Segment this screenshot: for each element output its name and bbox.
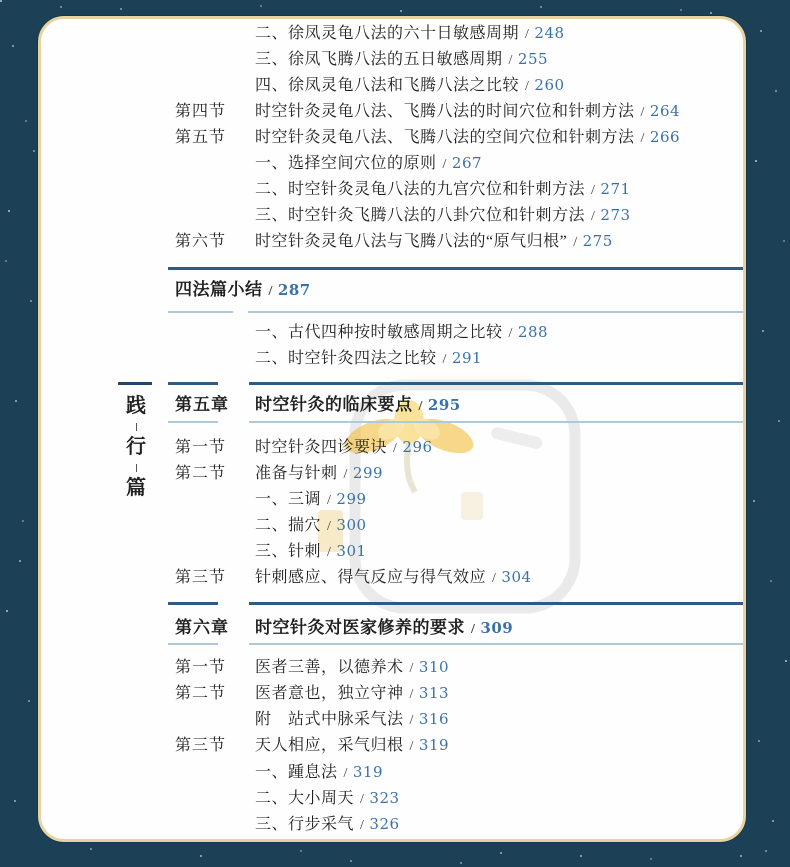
toc-row: 第二节医者意也，独立守神/313: [175, 680, 449, 706]
page-number: 275: [583, 232, 613, 250]
page-number: 316: [419, 710, 449, 728]
entry-title: 三、徐凤飞腾八法的五日敏感周期: [255, 51, 503, 68]
page-number: 313: [419, 684, 449, 702]
slash-separator: /: [443, 352, 447, 367]
toc-row: 第五节时空针灸灵龟八法、飞腾八法的空间穴位和针刺方法/266: [175, 124, 680, 150]
toc-row: 二、大小周天/323: [175, 785, 400, 811]
book-page: 践 行 篇 二、徐凤灵龟八法的六十日敏感周期/248 三、徐凤飞腾八法的五日敏感…: [38, 16, 746, 842]
toc-row: 四、徐凤灵龟八法和飞腾八法之比较/260: [175, 72, 565, 98]
page-number: 260: [534, 76, 564, 94]
entry-title: 二、时空针灸四法之比较: [255, 350, 437, 367]
spine-dash: [136, 464, 137, 472]
page-number: 266: [650, 128, 680, 146]
page-number: 267: [452, 154, 482, 172]
chapter-label: 第五章: [175, 392, 255, 418]
part-title-vertical: 践 行 篇: [123, 395, 149, 500]
toc-row: 第六节时空针灸灵龟八法与飞腾八法的“原气归根”/275: [175, 228, 613, 254]
section-label: 第三节: [175, 565, 255, 591]
divider: [118, 382, 152, 385]
section-label: 第二节: [175, 461, 255, 487]
watermark-smudge: [461, 492, 483, 520]
toc-row: 三、时空针灸飞腾八法的八卦穴位和针刺方法/273: [175, 202, 631, 228]
page-number: 310: [419, 658, 449, 676]
divider: [168, 267, 743, 270]
slash-separator: /: [393, 441, 397, 456]
entry-title: 医者三善，以德养术: [255, 659, 404, 676]
slash-separator: /: [344, 467, 348, 482]
entry-title: 附 站式中脉采气法: [255, 711, 404, 728]
slash-separator: /: [419, 399, 423, 414]
toc-row: 附 站式中脉采气法/316: [175, 706, 449, 732]
slash-separator: /: [327, 545, 331, 560]
toc-row-chapter: 第六章时空针灸对医家修养的要求/309: [175, 615, 513, 641]
toc-row: 一、三调/299: [175, 486, 367, 512]
slash-separator: /: [525, 79, 529, 94]
starry-background: [0, 0, 2, 2]
divider: [168, 643, 218, 645]
spine-dash: [136, 423, 137, 431]
section-label: 第三节: [175, 733, 255, 759]
chapter-label: 第六章: [175, 615, 255, 641]
page-number: 319: [419, 736, 449, 754]
slash-separator: /: [573, 235, 577, 250]
entry-title: 四、徐凤灵龟八法和飞腾八法之比较: [255, 77, 519, 94]
page-number: 296: [402, 438, 432, 456]
slash-separator: /: [410, 713, 414, 728]
entry-title: 一、古代四种按时敏感周期之比较: [255, 324, 503, 341]
part-title-char: 行: [123, 436, 149, 459]
entry-title: 三、行步采气: [255, 816, 354, 833]
slash-separator: /: [471, 622, 475, 637]
entry-title: 二、大小周天: [255, 790, 354, 807]
page-content: 践 行 篇 二、徐凤灵龟八法的六十日敏感周期/248 三、徐凤飞腾八法的五日敏感…: [41, 19, 743, 839]
page-number: 264: [650, 102, 680, 120]
watermark-smudge: [490, 426, 543, 450]
entry-title: 二、徐凤灵龟八法的六十日敏感周期: [255, 25, 519, 42]
entry-title: 针刺感应、得气反应与得气效应: [255, 569, 486, 586]
slash-separator: /: [443, 157, 447, 172]
part-title-char: 篇: [123, 477, 149, 500]
slash-separator: /: [641, 105, 645, 120]
entry-title: 时空针灸灵龟八法、飞腾八法的空间穴位和针刺方法: [255, 129, 635, 146]
slash-separator: /: [327, 493, 331, 508]
entry-title: 二、揣穴: [255, 517, 321, 534]
slash-separator: /: [492, 571, 496, 586]
page-number: 304: [501, 568, 531, 586]
section-label: 第四节: [175, 99, 255, 125]
toc-row: 三、行步采气/326: [175, 811, 400, 837]
slash-separator: /: [269, 284, 273, 299]
section-label: 第六节: [175, 229, 255, 255]
page-number: 287: [278, 281, 311, 299]
toc-row: 二、时空针灸灵龟八法的九宫穴位和针刺方法/271: [175, 176, 631, 202]
page-number: 295: [428, 396, 461, 414]
toc-row: 第三节针刺感应、得气反应与得气效应/304: [175, 564, 532, 590]
toc-row: 二、徐凤灵龟八法的六十日敏感周期/248: [175, 20, 565, 46]
page-number: 273: [600, 206, 630, 224]
toc-row: 第四节时空针灸灵龟八法、飞腾八法的时间穴位和针刺方法/264: [175, 98, 680, 124]
part-title-char: 践: [123, 395, 149, 418]
section-label: 第五节: [175, 125, 255, 151]
page-number: 300: [336, 516, 366, 534]
toc-row: 第二节准备与针刺/299: [175, 460, 383, 486]
slash-separator: /: [360, 792, 364, 807]
page-number: 299: [353, 464, 383, 482]
entry-title: 一、踵息法: [255, 764, 338, 781]
entry-title: 时空针灸四诊要诀: [255, 439, 387, 456]
section-label: 第二节: [175, 681, 255, 707]
toc-row: 二、时空针灸四法之比较/291: [175, 345, 482, 371]
divider: [168, 382, 218, 385]
slash-separator: /: [525, 27, 529, 42]
section-label: 第一节: [175, 435, 255, 461]
slash-separator: /: [641, 131, 645, 146]
slash-separator: /: [344, 766, 348, 781]
page-number: 323: [369, 789, 399, 807]
page-number: 319: [353, 763, 383, 781]
toc-row-chapter: 第五章时空针灸的临床要点/295: [175, 392, 461, 418]
page-number: 326: [369, 815, 399, 833]
divider: [168, 311, 233, 313]
entry-title: 三、时空针灸飞腾八法的八卦穴位和针刺方法: [255, 207, 585, 224]
toc-row: 二、揣穴/300: [175, 512, 367, 538]
toc-row: 一、选择空间穴位的原则/267: [175, 150, 482, 176]
page-number: 288: [518, 323, 548, 341]
toc-row: 三、针刺/301: [175, 538, 367, 564]
page-number: 309: [480, 619, 513, 637]
toc-row: 第一节时空针灸四诊要诀/296: [175, 434, 433, 460]
slash-separator: /: [591, 209, 595, 224]
page-number: 248: [534, 24, 564, 42]
divider: [249, 643, 743, 645]
divider: [248, 311, 743, 313]
entry-title: 一、选择空间穴位的原则: [255, 155, 437, 172]
divider: [168, 421, 218, 423]
entry-title: 天人相应，采气归根: [255, 737, 404, 754]
entry-title: 一、三调: [255, 491, 321, 508]
page-number: 301: [336, 542, 366, 560]
slash-separator: /: [360, 818, 364, 833]
page-number: 299: [336, 490, 366, 508]
slash-separator: /: [410, 661, 414, 676]
slash-separator: /: [327, 519, 331, 534]
toc-row: 第一节医者三善，以德养术/310: [175, 654, 449, 680]
divider: [249, 382, 743, 385]
slash-separator: /: [509, 53, 513, 68]
toc-row: 第三节天人相应，采气归根/319: [175, 732, 449, 758]
entry-title: 时空针灸的临床要点: [255, 395, 413, 414]
page-number: 271: [600, 180, 630, 198]
toc-row: 一、古代四种按时敏感周期之比较/288: [175, 319, 548, 345]
divider: [168, 602, 218, 605]
divider: [249, 421, 743, 423]
entry-title: 二、时空针灸灵龟八法的九宫穴位和针刺方法: [255, 181, 585, 198]
page-number: 291: [452, 349, 482, 367]
section-label: 第一节: [175, 655, 255, 681]
slash-separator: /: [410, 687, 414, 702]
entry-title: 时空针灸灵龟八法、飞腾八法的时间穴位和针刺方法: [255, 103, 635, 120]
entry-title: 时空针灸灵龟八法与飞腾八法的“原气归根”: [255, 233, 567, 250]
toc-row: 一、踵息法/319: [175, 759, 383, 785]
page-number: 255: [518, 50, 548, 68]
slash-separator: /: [591, 183, 595, 198]
entry-title: 准备与针刺: [255, 465, 338, 482]
entry-title: 时空针灸对医家修养的要求: [255, 618, 465, 637]
entry-title: 三、针刺: [255, 543, 321, 560]
slash-separator: /: [410, 739, 414, 754]
entry-title: 四法篇小结: [175, 280, 263, 299]
slash-separator: /: [509, 326, 513, 341]
entry-title: 医者意也，独立守神: [255, 685, 404, 702]
toc-row: 三、徐凤飞腾八法的五日敏感周期/255: [175, 46, 548, 72]
divider: [249, 602, 743, 605]
toc-row-summary: 四法篇小结/287: [175, 277, 311, 303]
